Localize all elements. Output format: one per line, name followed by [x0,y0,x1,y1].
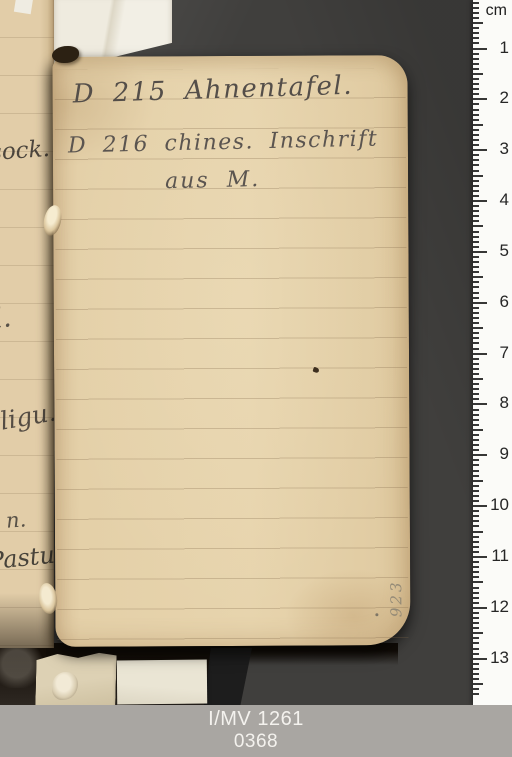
ruler-tick [473,587,479,589]
ruler-tick [473,398,479,400]
ruler: cm 12345678910111213 [473,0,512,705]
ruler-tick [473,220,479,222]
ruler-number: 7 [485,344,509,362]
ruler-tick [473,195,479,197]
catalog-number: I/MV 1261 [0,708,512,731]
pencil-margin-number: 923 [387,579,405,617]
ruler-tick [473,119,479,121]
ruler-tick [473,144,479,146]
ruler-tick [473,581,483,583]
ruler-tick [473,266,479,268]
pencil-dot [375,613,378,616]
ruler-tick [473,58,479,60]
ruler-tick [473,124,483,126]
ruler-number: 10 [485,496,509,514]
ruler-tick [473,363,479,365]
ruler-tick [473,525,479,527]
ruler-tick [473,592,479,594]
ruler-tick [473,307,479,309]
ruler-tick [473,37,479,39]
ruler-number: 1 [485,39,509,57]
dark-backing-wedge [204,648,252,705]
ruler-tick [473,648,479,650]
ruler-tick [473,546,479,548]
ruler-tick [473,281,479,283]
ruler-tick [473,566,479,568]
white-sheet-sliver [14,0,33,14]
ruler-tick [473,683,483,685]
ruler-tick [473,215,479,217]
ruler-tick [473,164,479,166]
ruler-tick [473,475,479,477]
ruler-tick [473,693,479,695]
ruler-tick [473,7,479,9]
ruler-tick [473,297,479,299]
ruler-number: 2 [485,89,509,107]
ruler-tick [473,485,479,487]
left-page-fragment-text: sock. [0,136,51,166]
ruler-tick [473,470,479,472]
ruler-tick [473,22,483,24]
ruler-tick [473,637,479,639]
ruler-tick [473,88,479,90]
left-page-fragment-text: n. [5,507,27,532]
ruler-tick [473,449,479,451]
ruler-tick [473,419,479,421]
ruler-tick [473,388,479,390]
ruler-tick [473,139,479,141]
ruler-tick [473,383,479,385]
ruler-tick [473,256,479,258]
ruler-tick [473,42,479,44]
ruler-tick [473,515,479,517]
footer-bar: I/MV 1261 0368 [0,705,512,757]
ruler-tick [473,231,479,233]
paper-fragment-light [117,660,207,705]
ruler-tick [473,27,479,29]
ruler-tick [473,434,479,436]
ruler-tick [473,480,483,482]
archival-photo-stage: sock. l. ligu. n. Pastu D 215 Ahnentafel… [0,0,512,757]
ruler-tick [473,510,479,512]
ruler-tick [473,236,479,238]
ruler-tick [473,332,479,334]
ruler-tick [473,663,479,665]
ruler-tick [473,175,483,177]
ruler-number: 6 [485,293,509,311]
ruler-number: 12 [485,598,509,616]
ruler-number: 4 [485,191,509,209]
ruler-tick [473,154,479,156]
ruler-tick [473,378,483,380]
ruler-tick [473,459,479,461]
ruler-tick [473,612,479,614]
ruler-tick [473,292,479,294]
ruler-tick [473,93,479,95]
ruler-tick [473,2,479,4]
ruler-number: 5 [485,242,509,260]
left-page-strip: sock. l. ligu. n. Pastu [0,0,54,648]
ruler-tick [473,271,479,273]
ruler-tick [473,53,479,55]
ruler-tick [473,571,479,573]
ruler-tick [473,409,479,411]
ruler-tick [473,520,479,522]
ruler-tick [473,109,479,111]
ruler-tick [473,678,479,680]
ruler-number: 13 [485,649,509,667]
ruler-tick [473,322,479,324]
ruler-tick [473,103,479,105]
ruler-tick [473,688,479,690]
ruler-tick [473,653,479,655]
ruler-tick [473,210,479,212]
ruler-tick [473,627,479,629]
ruler-tick [473,673,479,675]
handwriting-entry-3: aus M. [165,167,261,194]
ruler-tick [473,32,479,34]
ruler-tick [473,78,479,80]
ruler-tick [473,129,479,131]
ruler-tick [473,429,483,431]
ruler-tick [473,63,479,65]
ruler-tick [473,337,479,339]
ruler-tick [473,317,479,319]
ruler-tick [473,536,479,538]
ruler-tick [473,134,479,136]
ruler-tick [473,490,479,492]
ruler-tick [473,190,479,192]
ruler-tick [473,500,479,502]
ruler-tick [473,358,479,360]
ruler-tick [473,551,479,553]
paper-scrap-gray [0,648,42,688]
ruler-tick [473,327,483,329]
ruler-tick [473,83,479,85]
ruler-tick [473,312,479,314]
ruler-tick [473,261,479,263]
ruler-tick [473,17,479,19]
ruler-number: 11 [485,547,509,565]
ruler-tick [473,276,483,278]
ruler-tick [473,73,483,75]
ruler-tick [473,180,479,182]
ruler-tick [473,342,479,344]
ruler-tick [473,439,479,441]
ruler-tick [473,617,479,619]
ruler-tick [473,12,479,14]
scan-page-number: 0368 [0,731,512,753]
ruler-tick [473,185,479,187]
ruler-tick [473,68,479,70]
ruler-tick [473,424,479,426]
ruler-tick [473,286,479,288]
ruler-tick [473,622,479,624]
ruler-tick [473,576,479,578]
ruler-tick [473,464,479,466]
notebook-page: D 215 Ahnentafel. D 216 chines. Inschrif… [52,55,410,647]
ruler-tick [473,541,479,543]
ruler-tick [473,668,479,670]
ruler-tick [473,225,483,227]
ruler-tick [473,597,479,599]
ruler-tick [473,495,479,497]
ruler-tick [473,531,483,533]
ruler-tick [473,246,479,248]
ruler-tick [473,373,479,375]
ruler-tick [473,205,479,207]
ruler-tick [473,602,479,604]
ruler-tick [473,444,479,446]
ruler-tick [473,170,479,172]
ruler-tick [473,241,479,243]
ruler-tick [473,393,479,395]
ruler-tick [473,561,479,563]
ruler-tick [473,632,483,634]
ruler-unit-label: cm [486,2,507,20]
ruler-tick [473,348,479,350]
ruler-tick [473,159,479,161]
ruler-tick [473,114,479,116]
ruler-tick [473,368,479,370]
ruler-tick [473,414,479,416]
ruler-tick [473,642,479,644]
ruler-number: 9 [485,445,509,463]
ruler-number: 3 [485,140,509,158]
ruler-number: 8 [485,394,509,412]
